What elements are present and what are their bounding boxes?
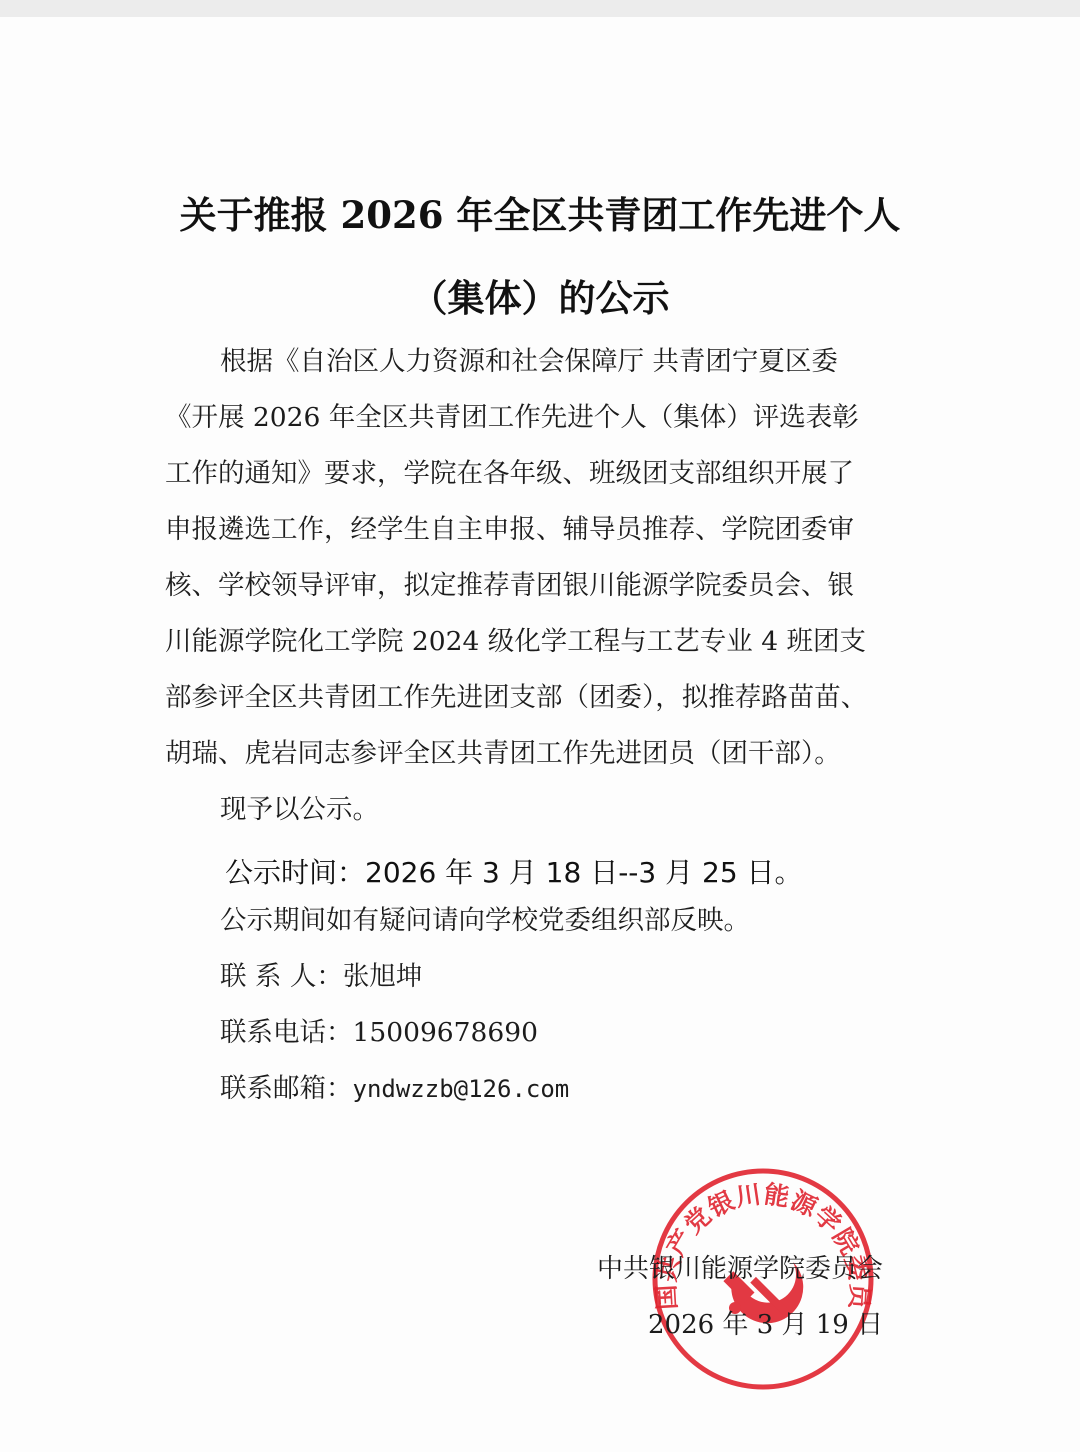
contact-email-row: 联系邮箱：yndwzzb@126.com — [220, 1069, 980, 1109]
contact-phone-value: 15009678690 — [353, 1017, 538, 1048]
signature-org: 中共银川能源学院委员会 — [597, 1248, 883, 1285]
contact-email-value: yndwzzb@126.com — [353, 1075, 570, 1103]
body-line-8: 胡瑞、虎岩同志参评全区共青团工作先进团员（团干部）。 — [165, 734, 925, 774]
body-line-5: 核、学校领导评审，拟定推荐青团银川能源学院委员会、银 — [165, 566, 925, 606]
body-line-3: 工作的通知》要求，学院在各年级、班级团支部组织开展了 — [165, 454, 925, 494]
announce-text: 现予以公示。 — [220, 790, 980, 830]
notice-time: 公示时间：2026 年 3 月 18 日--3 月 25 日。 — [225, 851, 803, 891]
body-line-1: 根据《自治区人力资源和社会保障厅 共青团宁夏区委 — [220, 342, 980, 382]
contact-email-label: 联系邮箱： — [220, 1073, 353, 1104]
body-line-6: 川能源学院化工学院 2024 级化学工程与工艺专业 4 班团支 — [165, 622, 925, 662]
inquiry-text: 公示期间如有疑问请向学校党委组织部反映。 — [220, 901, 980, 941]
contact-person-row: 联 系 人：张旭坤 — [220, 957, 980, 997]
body-line-4: 申报遴选工作，经学生自主申报、辅导员推荐、学院团委审 — [165, 510, 925, 550]
contact-phone-row: 联系电话：15009678690 — [220, 1013, 980, 1053]
signature-date: 2026 年 3 月 19 日 — [648, 1304, 883, 1341]
body-line-2: 《开展 2026 年全区共青团工作先进个人（集体）评选表彰 — [165, 398, 925, 438]
document-title-line1: 关于推报 2026 年全区共青团工作先进个人 — [0, 185, 1080, 239]
top-bar — [0, 0, 1080, 17]
document-title-line2: （集体）的公示 — [0, 268, 1080, 322]
contact-person-value: 张旭坤 — [343, 961, 423, 992]
contact-phone-label: 联系电话： — [220, 1017, 353, 1048]
document-page: 关于推报 2026 年全区共青团工作先进个人 （集体）的公示 根据《自治区人力资… — [0, 17, 1080, 1452]
contact-person-label: 联 系 人： — [220, 961, 343, 992]
body-line-7: 部参评全区共青团工作先进团支部（团委），拟推荐路苗苗、 — [165, 678, 925, 718]
